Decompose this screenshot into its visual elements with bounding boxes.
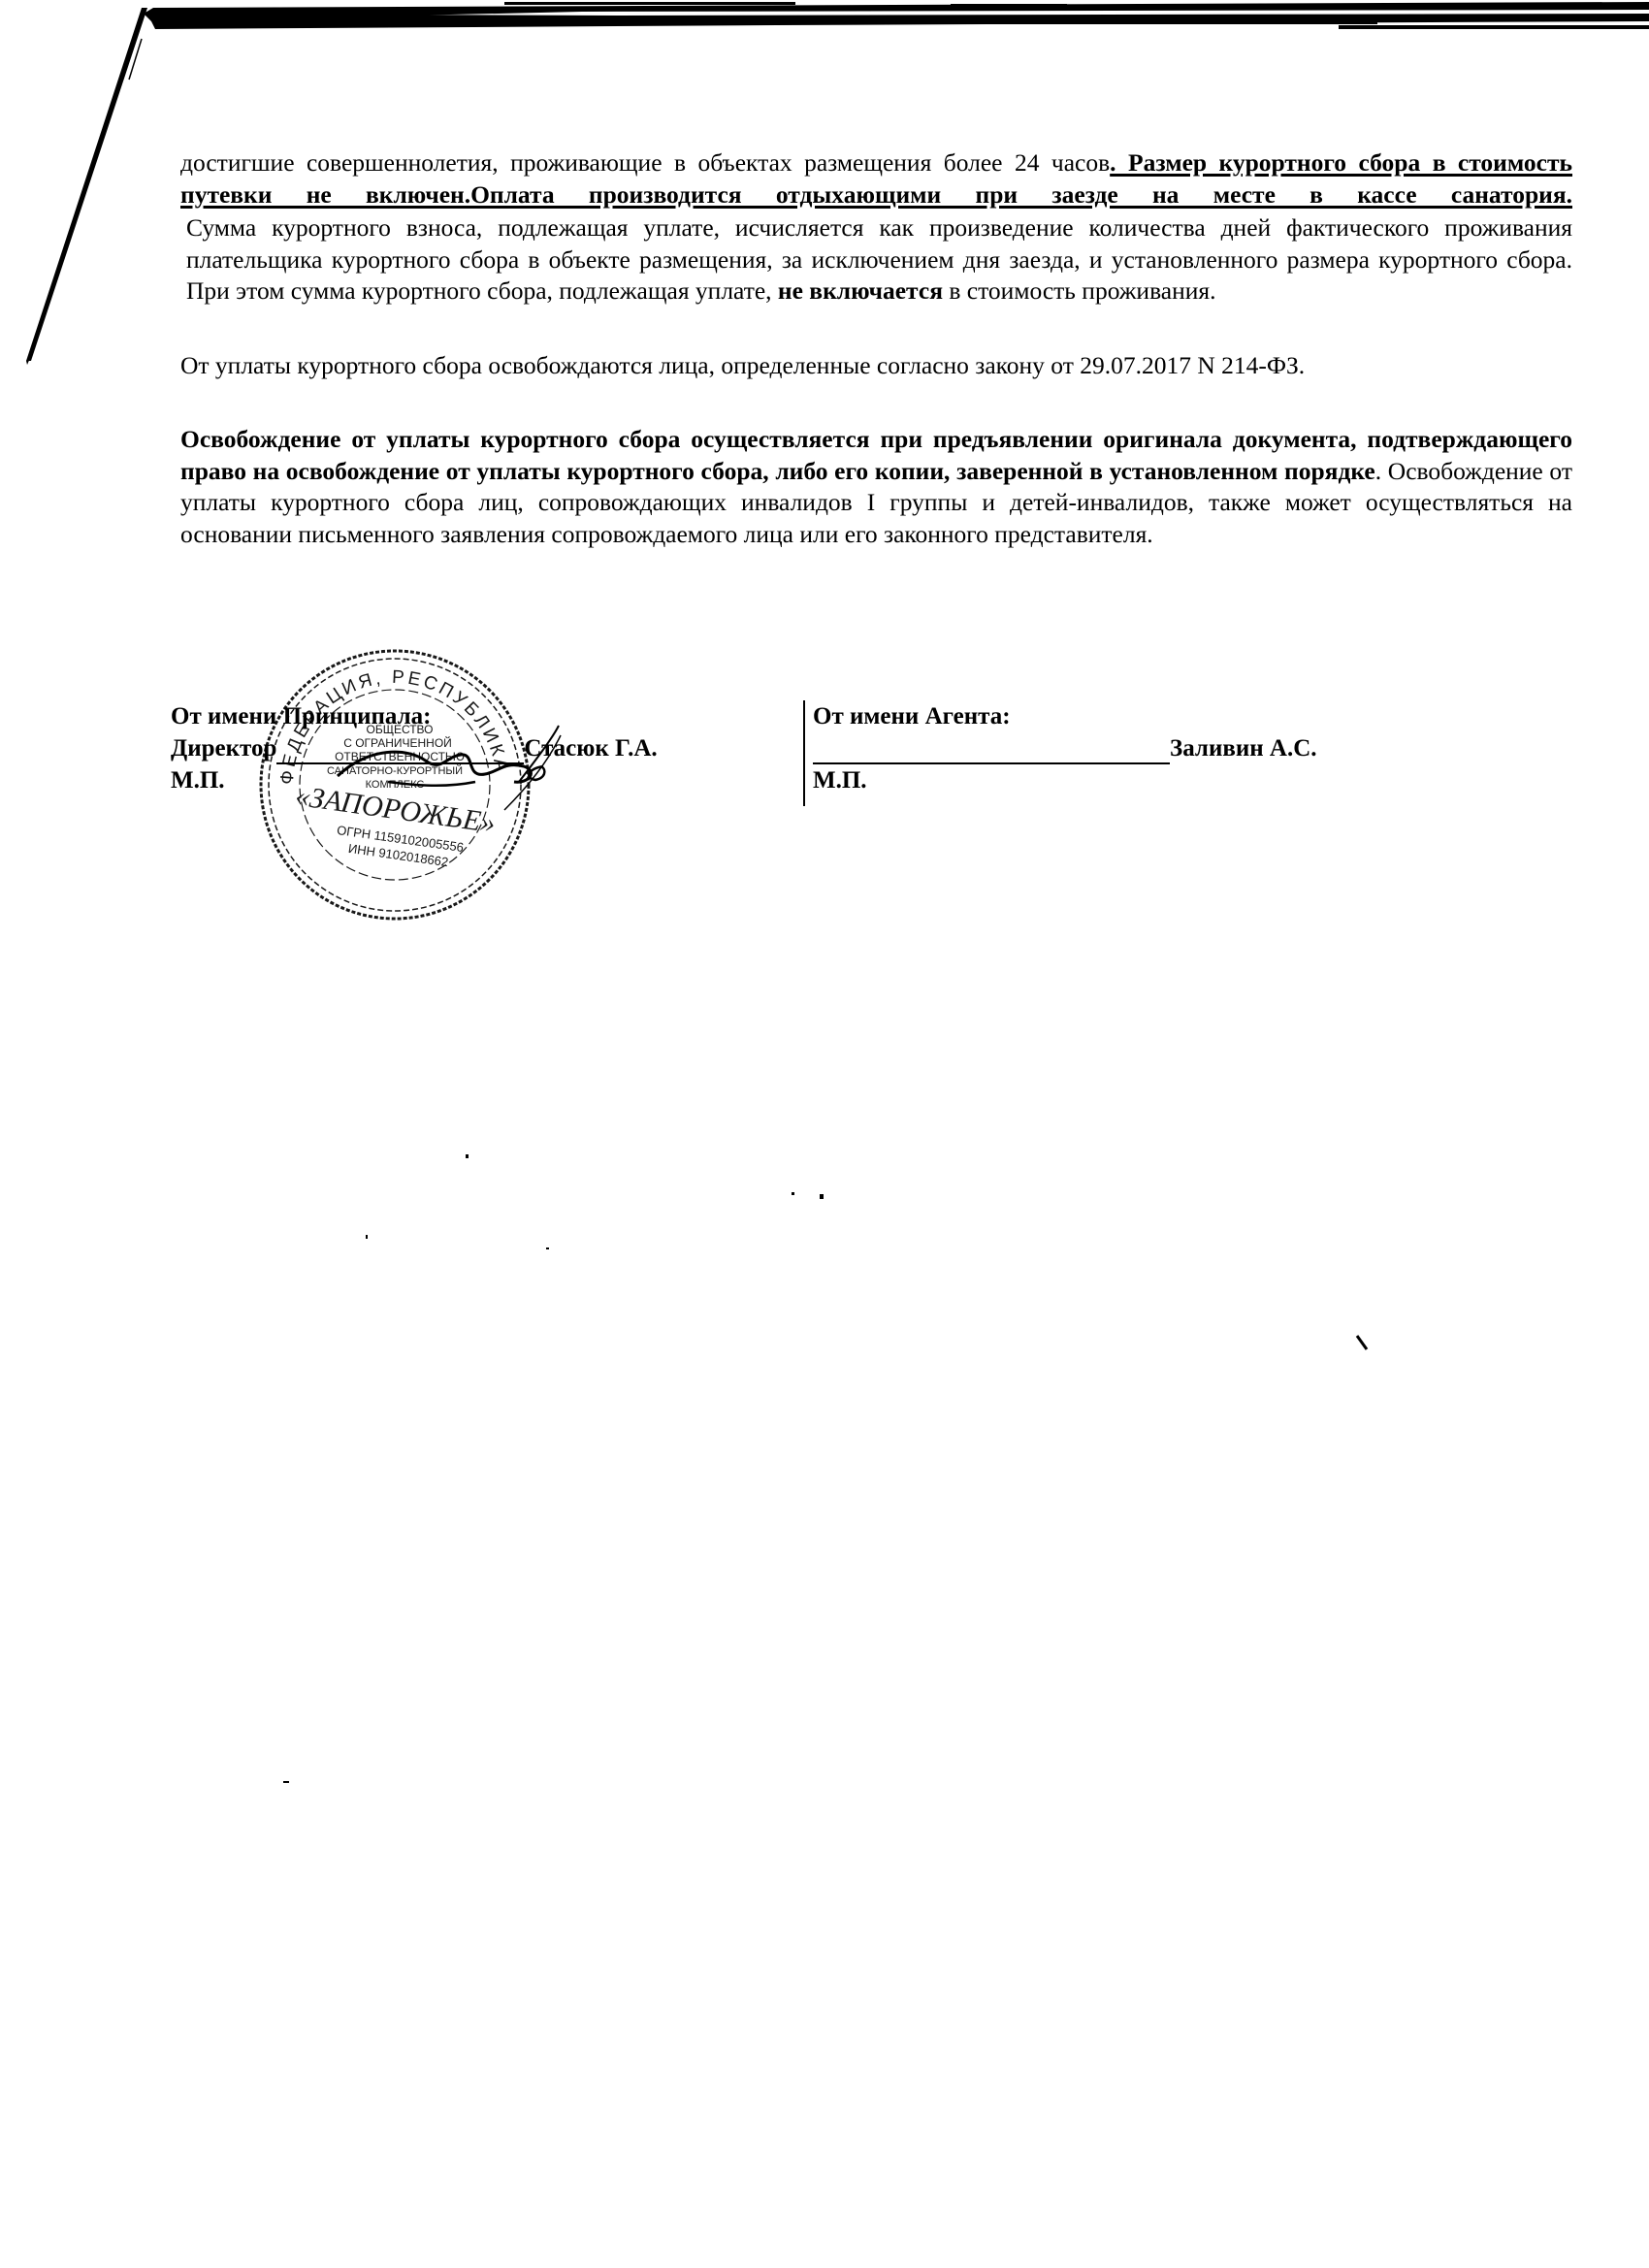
paragraph-exemption-procedure: Освобождение от уплаты курортного сбора … bbox=[180, 424, 1572, 550]
exemption-procedure-bold: Освобождение от уплаты курортного сбора … bbox=[180, 425, 1572, 485]
principal-seal-label: М.П. bbox=[171, 764, 225, 796]
agent-seal-row: М.П. bbox=[813, 764, 1356, 796]
principal-heading: От имени Принципала: bbox=[171, 700, 733, 732]
paragraph-text: в стоимость проживания. bbox=[943, 276, 1216, 305]
principal-position: Директор bbox=[171, 732, 276, 764]
not-included-emphasis: не включается bbox=[778, 276, 943, 305]
principal-signature-block: От имени Принципала: Директор Стасюк Г.А… bbox=[171, 700, 733, 796]
paragraph-exemption-law: От уплаты курортного сбора освобождаются… bbox=[180, 350, 1572, 382]
agent-heading-text: От имени Агента: bbox=[813, 700, 1011, 732]
principal-signature-line bbox=[276, 737, 524, 764]
paragraph-resort-fee-conditions: достигшие совершеннолетия, проживающие в… bbox=[180, 147, 1572, 211]
spacer bbox=[180, 381, 1572, 424]
paragraph-text: От уплаты курортного сбора освобождаются… bbox=[180, 351, 1305, 379]
paragraph-text: достигшие совершеннолетия, проживающие в… bbox=[180, 148, 1110, 177]
stamp-inn: ИНН 9102018662 bbox=[347, 841, 449, 869]
document-body: достигшие совершеннолетия, проживающие в… bbox=[180, 147, 1572, 550]
paragraph-fee-calculation: Сумма курортного взноса, подлежащая упла… bbox=[180, 212, 1572, 308]
principal-seal-row: М.П. bbox=[171, 764, 733, 796]
principal-name: Стасюк Г.А. bbox=[524, 732, 657, 764]
stamp-ogrn: ОГРН 1159102005556 bbox=[336, 823, 465, 855]
agent-sign-row: Заливин А.С. bbox=[813, 732, 1356, 764]
principal-heading-text: От имени Принципала: bbox=[171, 700, 432, 732]
agent-seal-label: М.П. bbox=[813, 764, 867, 796]
agent-name: Заливин А.С. bbox=[1170, 732, 1317, 764]
principal-sign-row: Директор Стасюк Г.А. bbox=[171, 732, 733, 764]
agent-heading: От имени Агента: bbox=[813, 700, 1356, 732]
agent-signature-line bbox=[813, 737, 1170, 764]
agent-signature-block: От имени Агента: Заливин А.С. М.П. bbox=[803, 700, 1356, 806]
spacer bbox=[180, 308, 1572, 350]
